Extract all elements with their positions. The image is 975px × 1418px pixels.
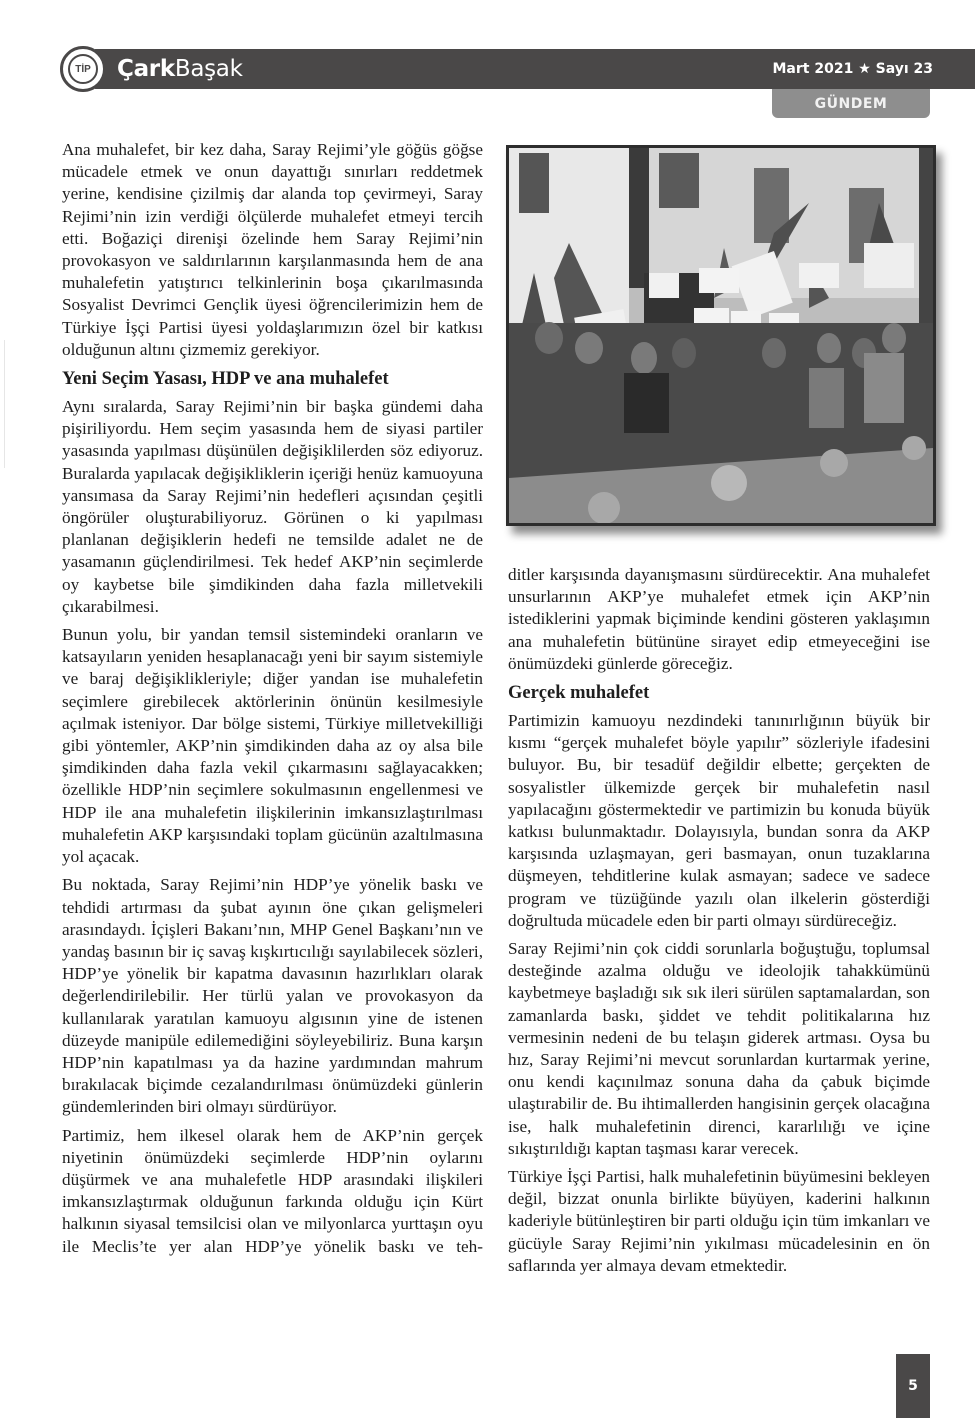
margin-rule — [0, 340, 5, 468]
left-column: Ana muhalefet, bir kez daha, Saray Rejim… — [62, 139, 483, 1264]
tip-logo-icon: TİP — [60, 46, 106, 92]
paragraph: Saray Rejimi’nin çok ciddi sorunlarla bo… — [508, 938, 930, 1160]
section-heading: Yeni Seçim Yasası, HDP ve ana muhalefet — [62, 367, 483, 391]
page-number: 5 — [896, 1354, 930, 1418]
magazine-title: ÇarkBaşak — [117, 52, 243, 86]
paragraph: Bunun yolu, bir yandan temsil sisteminde… — [62, 624, 483, 868]
section-label: GÜNDEM — [772, 89, 930, 118]
paragraph: Partimizin kamuoyu nezdindeki tanınırlığ… — [508, 710, 930, 932]
paragraph: Türkiye İşçi Partisi, halk muhalefetinin… — [508, 1166, 930, 1277]
brand-light: Başak — [175, 56, 243, 82]
paragraph: Partimiz, hem ilkesel olarak hem de AKP’… — [62, 1125, 483, 1258]
protest-photo — [506, 145, 936, 526]
logo-text: TİP — [68, 54, 98, 84]
paragraph: Bu noktada, Saray Rejimi’nin HDP’ye yöne… — [62, 874, 483, 1118]
issue-info: Mart 2021 ★ Sayı 23 — [773, 58, 934, 80]
paragraph: Aynı sıralarda, Saray Rejimi’nin bir baş… — [62, 396, 483, 618]
right-column: ditler karşısında dayanışmasını sürdürec… — [508, 564, 930, 1283]
photo-illustration-icon — [509, 148, 933, 523]
paragraph: Ana muhalefet, bir kez daha, Saray Rejim… — [62, 139, 483, 361]
paragraph: ditler karşısında dayanışmasını sürdürec… — [508, 564, 930, 675]
section-heading: Gerçek muhalefet — [508, 681, 930, 705]
brand-bold: Çark — [117, 56, 175, 82]
